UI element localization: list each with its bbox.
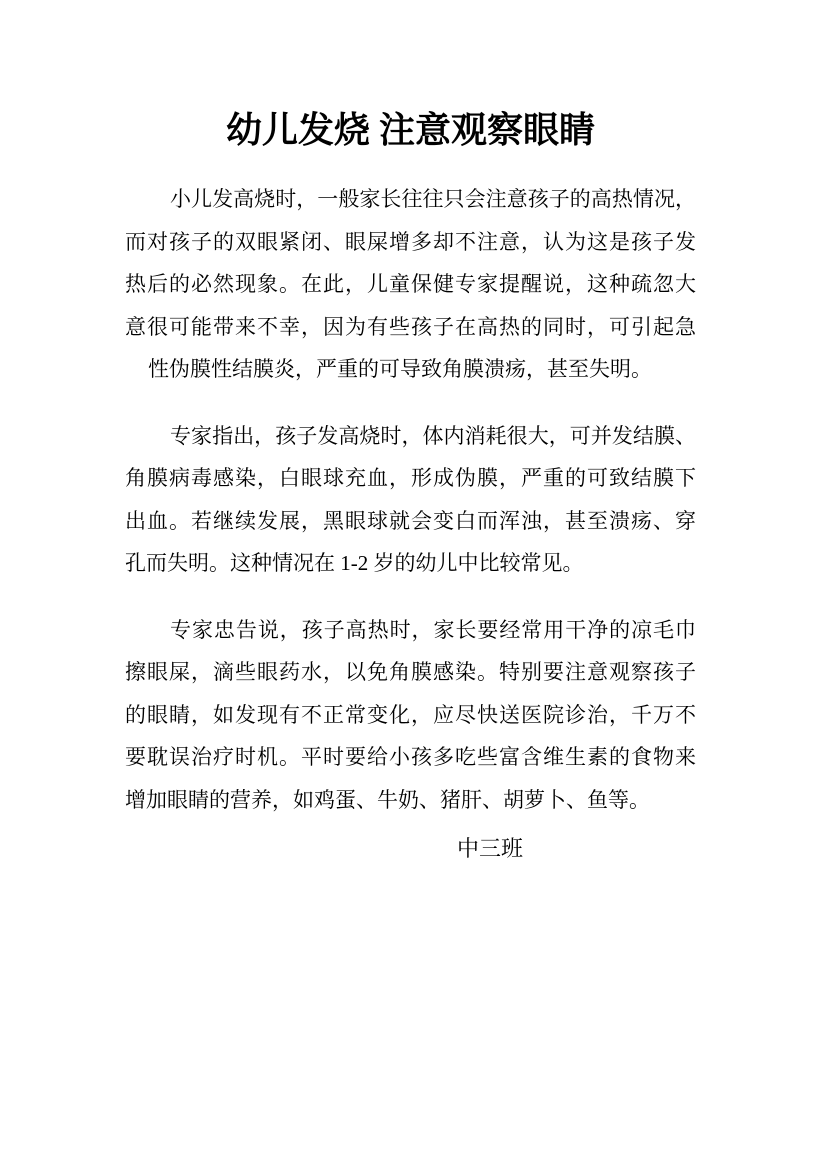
text-line: 性伪膜性结膜炎，严重的可导致角膜溃疡，甚至失明。 — [125, 348, 696, 391]
text-line: 角膜病毒感染，白眼球充血，形成伪膜，严重的可致结膜下 — [125, 457, 696, 500]
document-title: 幼儿发烧 注意观察眼睛 — [125, 108, 696, 152]
text-line: 专家指出，孩子发高烧时，体内消耗很大，可并发结膜、 — [125, 415, 696, 458]
paragraph-2: 专家指出，孩子发高烧时，体内消耗很大，可并发结膜、 角膜病毒感染，白眼球充血，形… — [125, 415, 696, 585]
text-line: 的眼睛，如发现有不正常变化，应尽快送医院诊治，千万不 — [125, 694, 696, 737]
text-line: 热后的必然现象。在此，儿童保健专家提醒说，这种疏忽大 — [125, 263, 696, 306]
text-line: 小儿发高烧时，一般家长往往只会注意孩子的高热情况， — [125, 178, 696, 221]
signature: 中三班 — [125, 835, 696, 863]
document-page: 幼儿发烧 注意观察眼睛 小儿发高烧时，一般家长往往只会注意孩子的高热情况， 而对… — [0, 0, 827, 1170]
text-line: 出血。若继续发展，黑眼球就会变白而浑浊，甚至溃疡、穿 — [125, 500, 696, 543]
text-line: 要耽误治疗时机。平时要给小孩多吃些富含维生素的食物来 — [125, 736, 696, 779]
text-line: 擦眼屎，滴些眼药水，以免角膜感染。特别要注意观察孩子 — [125, 651, 696, 694]
text-line: 意很可能带来不幸，因为有些孩子在高热的同时，可引起急 — [125, 306, 696, 349]
text-line: 专家忠告说，孩子高热时，家长要经常用干净的凉毛巾 — [125, 609, 696, 652]
paragraph-1: 小儿发高烧时，一般家长往往只会注意孩子的高热情况， 而对孩子的双眼紧闭、眼屎增多… — [125, 178, 696, 391]
text-line: 增加眼睛的营养，如鸡蛋、牛奶、猪肝、胡萝卜、鱼等。 — [125, 779, 696, 822]
text-line: 而对孩子的双眼紧闭、眼屎增多却不注意，认为这是孩子发 — [125, 221, 696, 264]
document-body: 幼儿发烧 注意观察眼睛 小儿发高烧时，一般家长往往只会注意孩子的高热情况， 而对… — [0, 0, 827, 1170]
text-line: 孔而失明。这种情况在 1-2 岁的幼儿中比较常见。 — [125, 542, 696, 585]
paragraph-3: 专家忠告说，孩子高热时，家长要经常用干净的凉毛巾 擦眼屎，滴些眼药水，以免角膜感… — [125, 609, 696, 822]
